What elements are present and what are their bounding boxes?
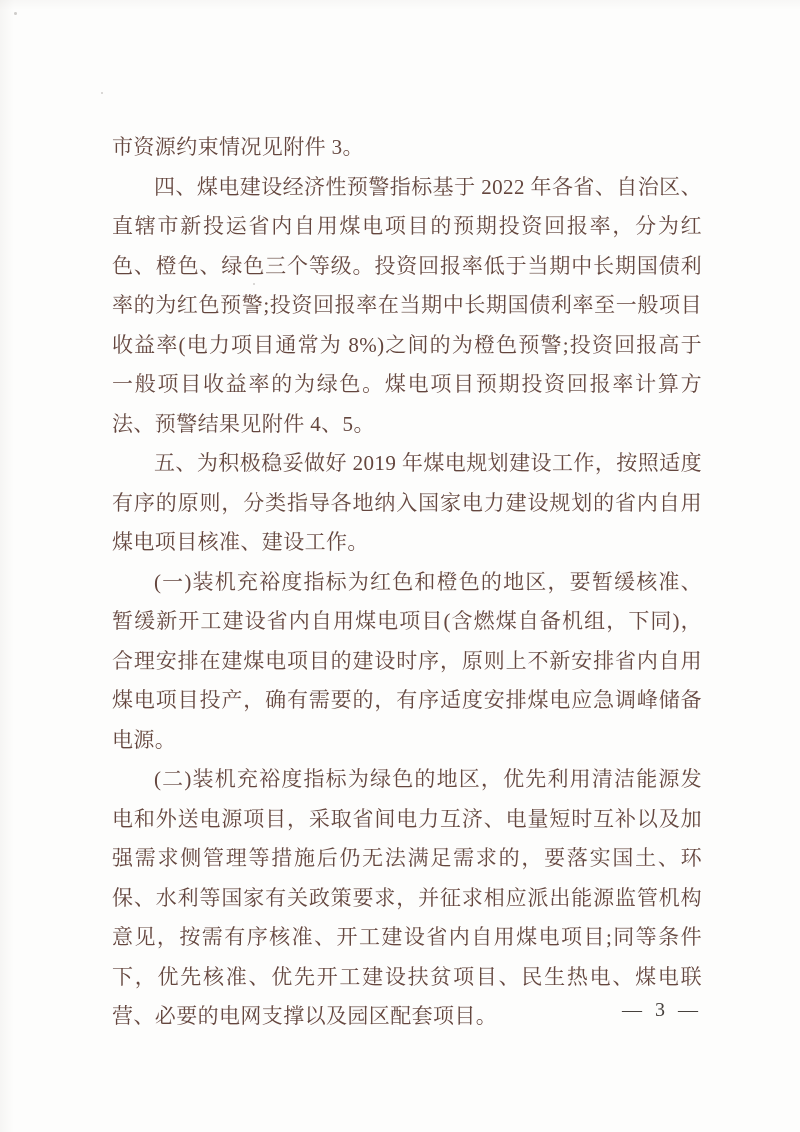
paragraph: 四、煤电建设经济性预警指标基于 2022 年各省、自治区、直辖市新投运省内自用煤… [112,168,702,445]
page-number: — 3 — [622,996,702,1024]
paragraph: (二)装机充裕度指标为绿色的地区，优先利用清洁能源发电和外送电源项目，采取省间电… [112,760,702,1037]
document-page: 市资源约束情况见附件 3。四、煤电建设经济性预警指标基于 2022 年各省、自治… [0,0,800,1132]
document-body: 市资源约束情况见附件 3。四、煤电建设经济性预警指标基于 2022 年各省、自治… [112,128,702,1037]
paragraph: 市资源约束情况见附件 3。 [112,128,702,168]
paragraph: 五、为积极稳妥做好 2019 年煤电规划建设工作，按照适度有序的原则，分类指导各… [112,444,702,563]
scan-speck [14,12,17,15]
scan-speck [101,92,103,94]
paragraph: (一)装机充裕度指标为红色和橙色的地区，要暂缓核准、暂缓新开工建设省内自用煤电项… [112,563,702,761]
